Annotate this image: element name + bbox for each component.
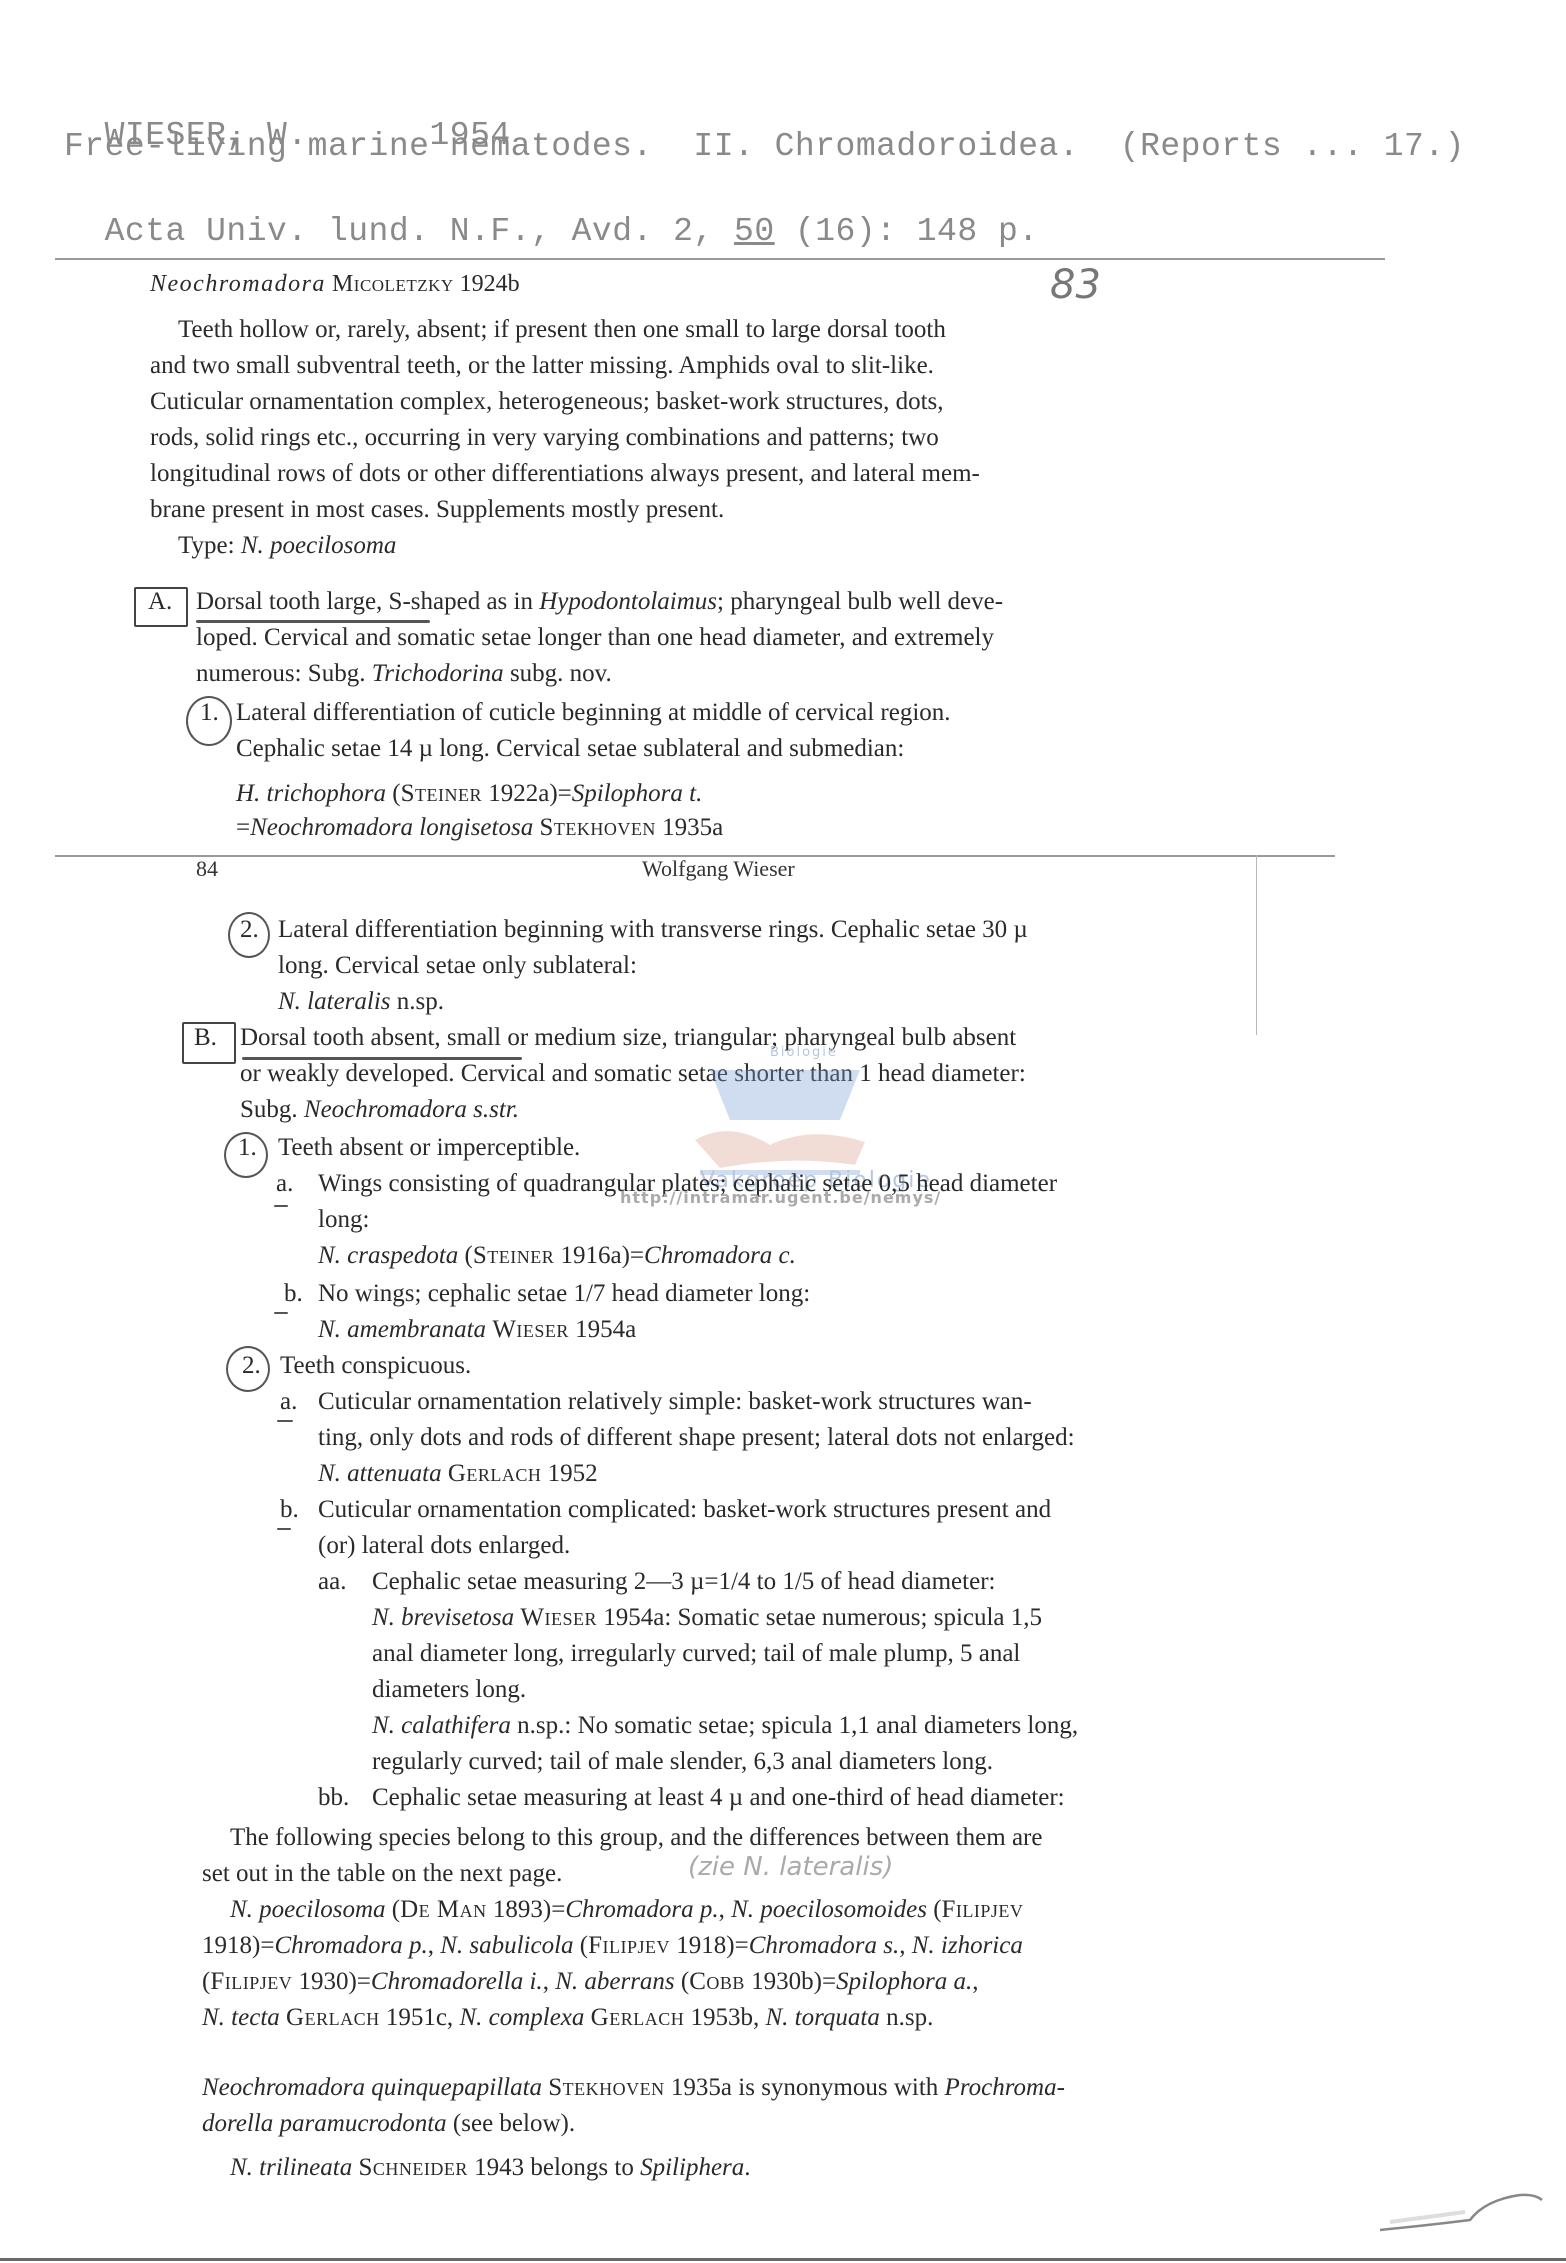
- species-longisetosa: =Neochromadora longisetosa Stekhoven 193…: [236, 810, 723, 846]
- genus-diagnosis: Teeth hollow or, rarely, absent; if pres…: [150, 312, 1242, 564]
- journal-volume: 50: [734, 213, 775, 250]
- species-amembranata: N. amembranata Wieser 1954a: [318, 1312, 810, 1348]
- couplet-b1a-marker: a.: [276, 1166, 293, 1202]
- key-a-marker: A.: [148, 584, 172, 620]
- watermark-logo-icon: [690, 1050, 870, 1180]
- couplet-b2b-marker: b.: [280, 1492, 299, 1528]
- species-attenuata: N. attenuata Gerlach 1952: [318, 1456, 1290, 1492]
- page-number: 84: [196, 856, 218, 882]
- couplet-a2-text: Lateral differentiation beginning with t…: [278, 912, 1288, 1020]
- key-b-marker: B.: [194, 1020, 217, 1056]
- species-list: N. poecilosoma (De Man 1893)=Chromadora …: [202, 1892, 1290, 2036]
- handwritten-note: (zie N. lateralis): [688, 1852, 893, 1882]
- b1b-tick-mark: [274, 1312, 288, 1314]
- couplet-b1b-text: No wings; cephalic setae 1/7 head diamet…: [318, 1276, 810, 1348]
- couplet-aa-text: Cephalic setae measuring 2—3 µ=1/4 to 1/…: [372, 1564, 995, 1600]
- couplet-bb-marker: bb.: [318, 1780, 349, 1816]
- b2b-tick-mark: [277, 1528, 291, 1530]
- key-a-text: Dorsal tooth large, S-shaped as in Hypod…: [196, 584, 1246, 692]
- species-trichophora: H. trichophora (Steiner 1922a)=Spilophor…: [236, 776, 702, 812]
- b2a-tick-mark: [277, 1420, 293, 1422]
- bottom-edge: [0, 2258, 1566, 2261]
- card-journal: Acta Univ. lund. N.F., Avd. 2, 50 (16): …: [64, 176, 1039, 250]
- couplet-b2a-text: Cuticular ornamentation relatively simpl…: [318, 1384, 1290, 1492]
- card-title: Free-living marine nematodes. II. Chroma…: [64, 128, 1465, 165]
- couplet-b1-marker: 1.: [238, 1130, 257, 1166]
- couplet-a1-marker: 1.: [200, 695, 219, 731]
- couplet-b2b-text: Cuticular ornamentation complicated: bas…: [318, 1492, 1290, 1564]
- couplet-aa-marker: aa.: [318, 1564, 346, 1600]
- couplet-a2-marker: 2.: [240, 912, 259, 948]
- couplet-b1b-marker: b.: [284, 1276, 303, 1312]
- couplet-b2-text: Teeth conspicuous.: [280, 1348, 471, 1384]
- type-species: Type: N. poecilosoma: [150, 528, 1242, 564]
- couplet-b1-text: Teeth absent or imperceptible.: [278, 1130, 580, 1166]
- couplet-bb-text: Cephalic setae measuring at least 4 µ an…: [372, 1780, 1065, 1816]
- couplet-b2a-marker: a.: [280, 1384, 297, 1420]
- synonymy-note: Neochromadora quinquepapillata Stekhoven…: [202, 2070, 1290, 2142]
- species-brevisetosa: N. brevisetosa Wieser 1954a: Somatic set…: [372, 1600, 1290, 1708]
- species-craspedota: N. craspedota (Steiner 1916a)=Chromadora…: [318, 1238, 1290, 1274]
- couplet-b2-marker: 2.: [242, 1348, 261, 1384]
- pencil-mark-icon: [1370, 2180, 1550, 2250]
- running-head: Wolfgang Wieser: [642, 856, 795, 882]
- watermark-url: http://intramar.ugent.be/nemys/: [620, 1188, 941, 1207]
- species-lateralis: N. lateralis n.sp.: [278, 984, 1288, 1020]
- genus-heading: Neochromadora Micoletzky 1924b: [150, 266, 520, 302]
- handwritten-page-number: 83: [1050, 262, 1101, 308]
- couplet-b1a-text: Wings consisting of quadrangular plates;…: [318, 1166, 1290, 1274]
- couplet-a1-text: Lateral differentiation of cuticle begin…: [236, 695, 1246, 767]
- trilineata-note: N. trilineata Schneider 1943 belongs to …: [230, 2150, 751, 2186]
- top-divider: [55, 258, 1385, 260]
- b1a-tick-mark: [274, 1205, 288, 1207]
- species-calathifera: N. calathifera n.sp.: No somatic setae; …: [372, 1708, 1290, 1780]
- watermark-arc-label: Biologie: [770, 1045, 838, 1060]
